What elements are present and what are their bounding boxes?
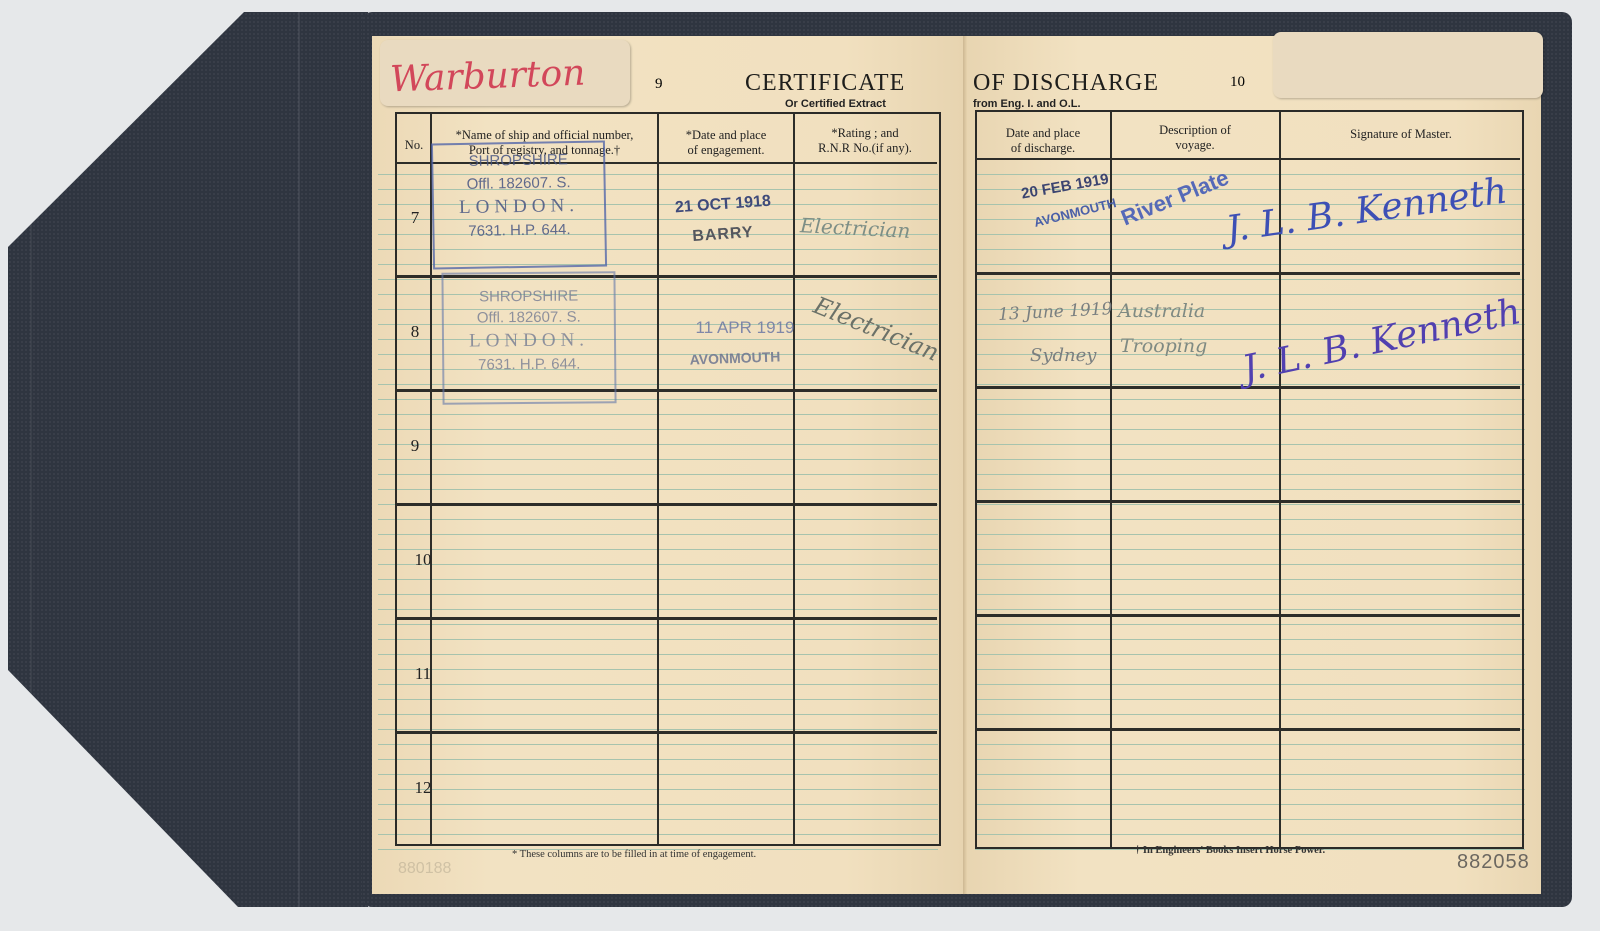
book-cover-flap: [8, 12, 368, 907]
header-signature: Signature of Master.: [1281, 127, 1521, 142]
stamp-port: LONDON.: [444, 329, 614, 352]
row-number: 12: [408, 778, 438, 798]
header-rating-2: R.N.R No.(if any).: [795, 141, 935, 156]
row-divider: [977, 272, 1520, 275]
title-left: CERTIFICATE: [745, 70, 905, 97]
cover-edge: [30, 12, 32, 907]
stamp-ship-name: SHROPSHIRE: [433, 151, 603, 171]
row-number: 11: [408, 664, 438, 684]
engagement-date-stamp: 11 APR 1919: [680, 318, 810, 338]
page-gutter: [963, 36, 967, 894]
col-divider: [430, 114, 432, 844]
title-right: OF DISCHARGE: [973, 70, 1159, 97]
discharge-place-handwritten: Sydney: [1030, 345, 1096, 366]
stamp-ship-name: SHROPSHIRE: [444, 287, 614, 305]
header-voyage-1: Description of: [1112, 123, 1278, 138]
voyage-handwritten-2: Trooping: [1120, 335, 1207, 357]
header-no: No.: [398, 138, 430, 153]
row-number: 8: [400, 322, 430, 342]
serial-number: 882058: [1457, 851, 1530, 874]
stamp-port: LONDON.: [434, 195, 604, 220]
ship-stamp: SHROPSHIRE Offl. 182607. S. LONDON. 7631…: [431, 140, 607, 269]
stamp-tonnage: 7631. H.P. 644.: [444, 355, 614, 373]
left-page-number: 9: [655, 76, 663, 93]
right-tab: [1273, 32, 1543, 98]
footnote-left: * These columns are to be filled in at t…: [512, 849, 756, 860]
row-divider: [977, 728, 1520, 731]
cover-spine-fold: [298, 12, 300, 907]
header-discharge-2: of discharge.: [978, 141, 1108, 156]
row-divider: [977, 500, 1520, 503]
header-engagement-2: of engagement.: [659, 143, 793, 158]
header-discharge-1: Date and place: [978, 126, 1108, 141]
row-divider: [977, 614, 1520, 617]
header-engagement-1: *Date and place: [659, 128, 793, 143]
row-divider: [397, 503, 937, 506]
right-page-number: 10: [1230, 74, 1245, 91]
col-divider: [793, 114, 795, 844]
faint-serial-number: 880188: [398, 860, 451, 878]
row-number: 7: [400, 208, 430, 228]
row-divider: [397, 617, 937, 620]
subtitle-right: from Eng. I. and O.L.: [973, 98, 1081, 110]
voyage-handwritten-1: Australia: [1118, 300, 1205, 322]
col-divider: [657, 114, 659, 844]
row-divider: [397, 731, 937, 734]
header-rating-1: *Rating ; and: [795, 126, 935, 141]
row-number: 9: [400, 436, 430, 456]
ship-stamp: SHROPSHIRE Offl. 182607. S. LONDON. 7631…: [441, 271, 616, 405]
subtitle-left: Or Certified Extract: [785, 98, 886, 110]
stamp-tonnage: 7631. H.P. 644.: [434, 221, 604, 241]
name-tab-text: Warburton: [389, 53, 586, 101]
footnote-right: † In Engineers' Books Insert Horse Power…: [1135, 845, 1325, 856]
row-number: 10: [408, 550, 438, 570]
name-tab: Warburton: [380, 40, 630, 106]
header-voyage-2: voyage.: [1112, 138, 1278, 153]
stamp-official-number: Offl. 182607. S.: [433, 174, 603, 194]
stamp-official-number: Offl. 182607. S.: [444, 308, 614, 326]
